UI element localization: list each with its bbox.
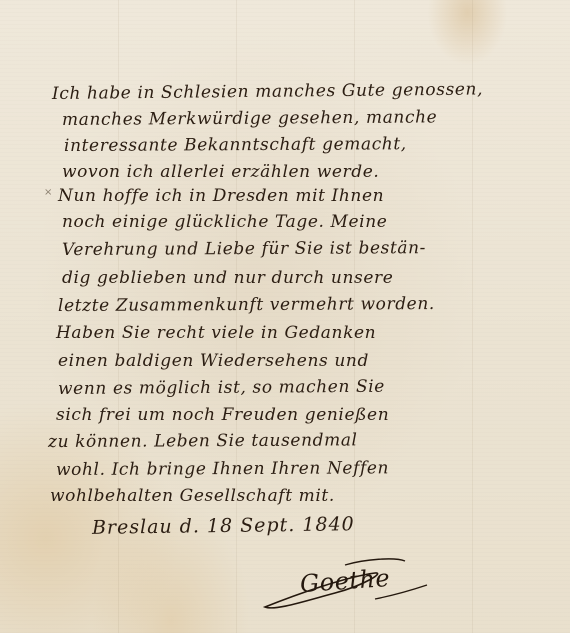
letter-line-5: Nun hoffe ich in Dresden mit Ihnen	[58, 186, 384, 206]
letter-line-9: letzte Zusammenkunft vermehrt worden.	[58, 294, 435, 316]
margin-mark: ×	[44, 187, 52, 198]
letter-line-1: Ich habe in Schlesien manches Gute genos…	[52, 79, 483, 104]
letter-line-4: wovon ich allerlei erzählen werde.	[62, 162, 379, 182]
letter-line-7: Verehrung und Liebe für Sie ist bestän-	[62, 238, 426, 260]
letter-line-15: wohl. Ich bringe Ihnen Ihren Neffen	[56, 458, 389, 480]
letter-line-16: wohlbehalten Gesellschaft mit.	[50, 486, 335, 506]
letter-line-12: wenn es möglich ist, so machen Sie	[58, 377, 385, 399]
letter-line-10: Haben Sie recht viele in Gedanken	[56, 323, 376, 343]
letter-line-2: manches Merkwürdige gesehen, manche	[62, 107, 437, 130]
letter-date: Breslau d. 18 Sept. 1840	[92, 513, 355, 539]
letter-line-13: sich frei um noch Freuden genießen	[56, 405, 389, 425]
letter-line-6: noch einige glückliche Tage. Meine	[62, 212, 387, 232]
letter-line-3: interessante Bekanntschaft gemacht,	[64, 134, 407, 156]
letter-line-8: dig geblieben und nur durch unsere	[62, 268, 393, 288]
letter-line-14: zu können. Leben Sie tausendmal	[48, 430, 358, 452]
letter-page: Ich habe in Schlesien manches Gute genos…	[0, 0, 570, 633]
signature-flourish-icon	[255, 555, 435, 615]
letter-line-11: einen baldigen Wiedersehens und	[58, 351, 369, 371]
